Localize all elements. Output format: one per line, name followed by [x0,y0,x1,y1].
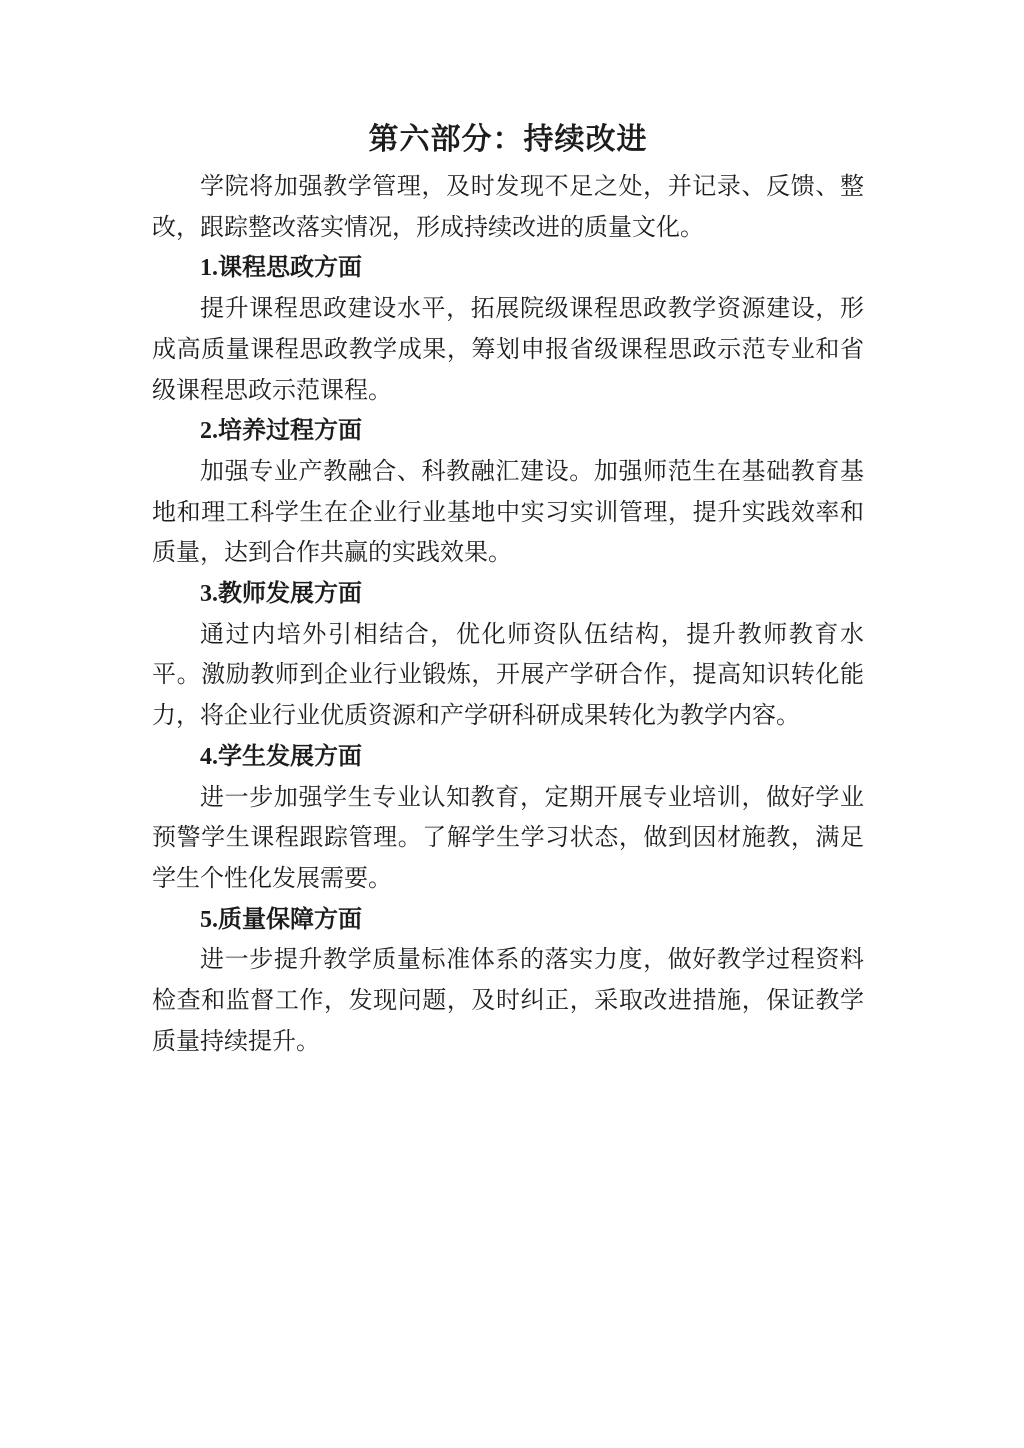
intro-paragraph: 学院将加强教学管理，及时发现不足之处，并记录、反馈、整改，跟踪整改落实情况，形成… [152,167,864,248]
section-heading-training-process: 2.培养过程方面 [152,411,864,452]
section-body-student-development: 进一步加强学生专业认知教育，定期开展专业培训，做好学业预警学生课程跟踪管理。了解… [152,778,864,900]
text-column: 第六部分：持续改进 学院将加强教学管理，及时发现不足之处，并记录、反馈、整改，跟… [0,0,1024,1062]
section-body-quality-assurance: 进一步提升教学质量标准体系的落实力度，做好教学过程资料检查和监督工作，发现问题，… [152,940,864,1062]
document-title: 第六部分：持续改进 [152,119,864,161]
section-body-course-ideology: 提升课程思政建设水平，拓展院级课程思政教学资源建设，形成高质量课程思政教学成果，… [152,289,864,411]
section-heading-teacher-development: 3.教师发展方面 [152,574,864,615]
document-page: 第六部分：持续改进 学院将加强教学管理，及时发现不足之处，并记录、反馈、整改，跟… [0,0,1024,1448]
section-heading-course-ideology: 1.课程思政方面 [152,248,864,289]
section-body-training-process: 加强专业产教融合、科教融汇建设。加强师范生在基础教育基地和理工科学生在企业行业基… [152,452,864,574]
section-body-teacher-development: 通过内培外引相结合，优化师资队伍结构，提升教师教育水平。激励教师到企业行业锻炼，… [152,615,864,737]
section-heading-quality-assurance: 5.质量保障方面 [152,900,864,941]
section-heading-student-development: 4.学生发展方面 [152,737,864,778]
